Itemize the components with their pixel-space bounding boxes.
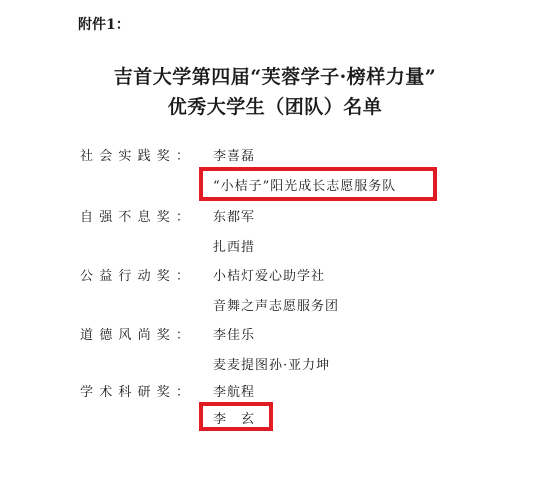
winner: 音舞之声志愿服务团 — [213, 295, 339, 314]
attachment-label: 附件1： — [78, 14, 130, 34]
winner: 李佳乐 — [213, 324, 255, 343]
document-title-line1: 吉首大学第四届“芙蓉学子·榜样力量” — [0, 62, 550, 89]
award-label-self-improvement: 自强不息奖： — [80, 206, 195, 225]
winner: 李喜磊 — [213, 145, 255, 164]
winner: 李航程 — [213, 381, 255, 400]
highlight-box — [199, 402, 273, 431]
winner: 东都军 — [213, 206, 255, 225]
winner: 扎西措 — [213, 236, 255, 255]
winner: 麦麦提图孙·亚力坤 — [213, 354, 330, 373]
award-label-moral-conduct: 道德风尚奖： — [80, 324, 195, 343]
award-label-public-welfare: 公益行动奖： — [80, 265, 195, 284]
document-title-line2: 优秀大学生（团队）名单 — [0, 92, 550, 119]
winner: 小桔灯爱心助学社 — [213, 265, 325, 284]
award-label-academic-research: 学术科研奖： — [80, 381, 195, 400]
highlight-box — [199, 167, 437, 201]
award-label-social-practice: 社会实践奖： — [80, 145, 195, 164]
